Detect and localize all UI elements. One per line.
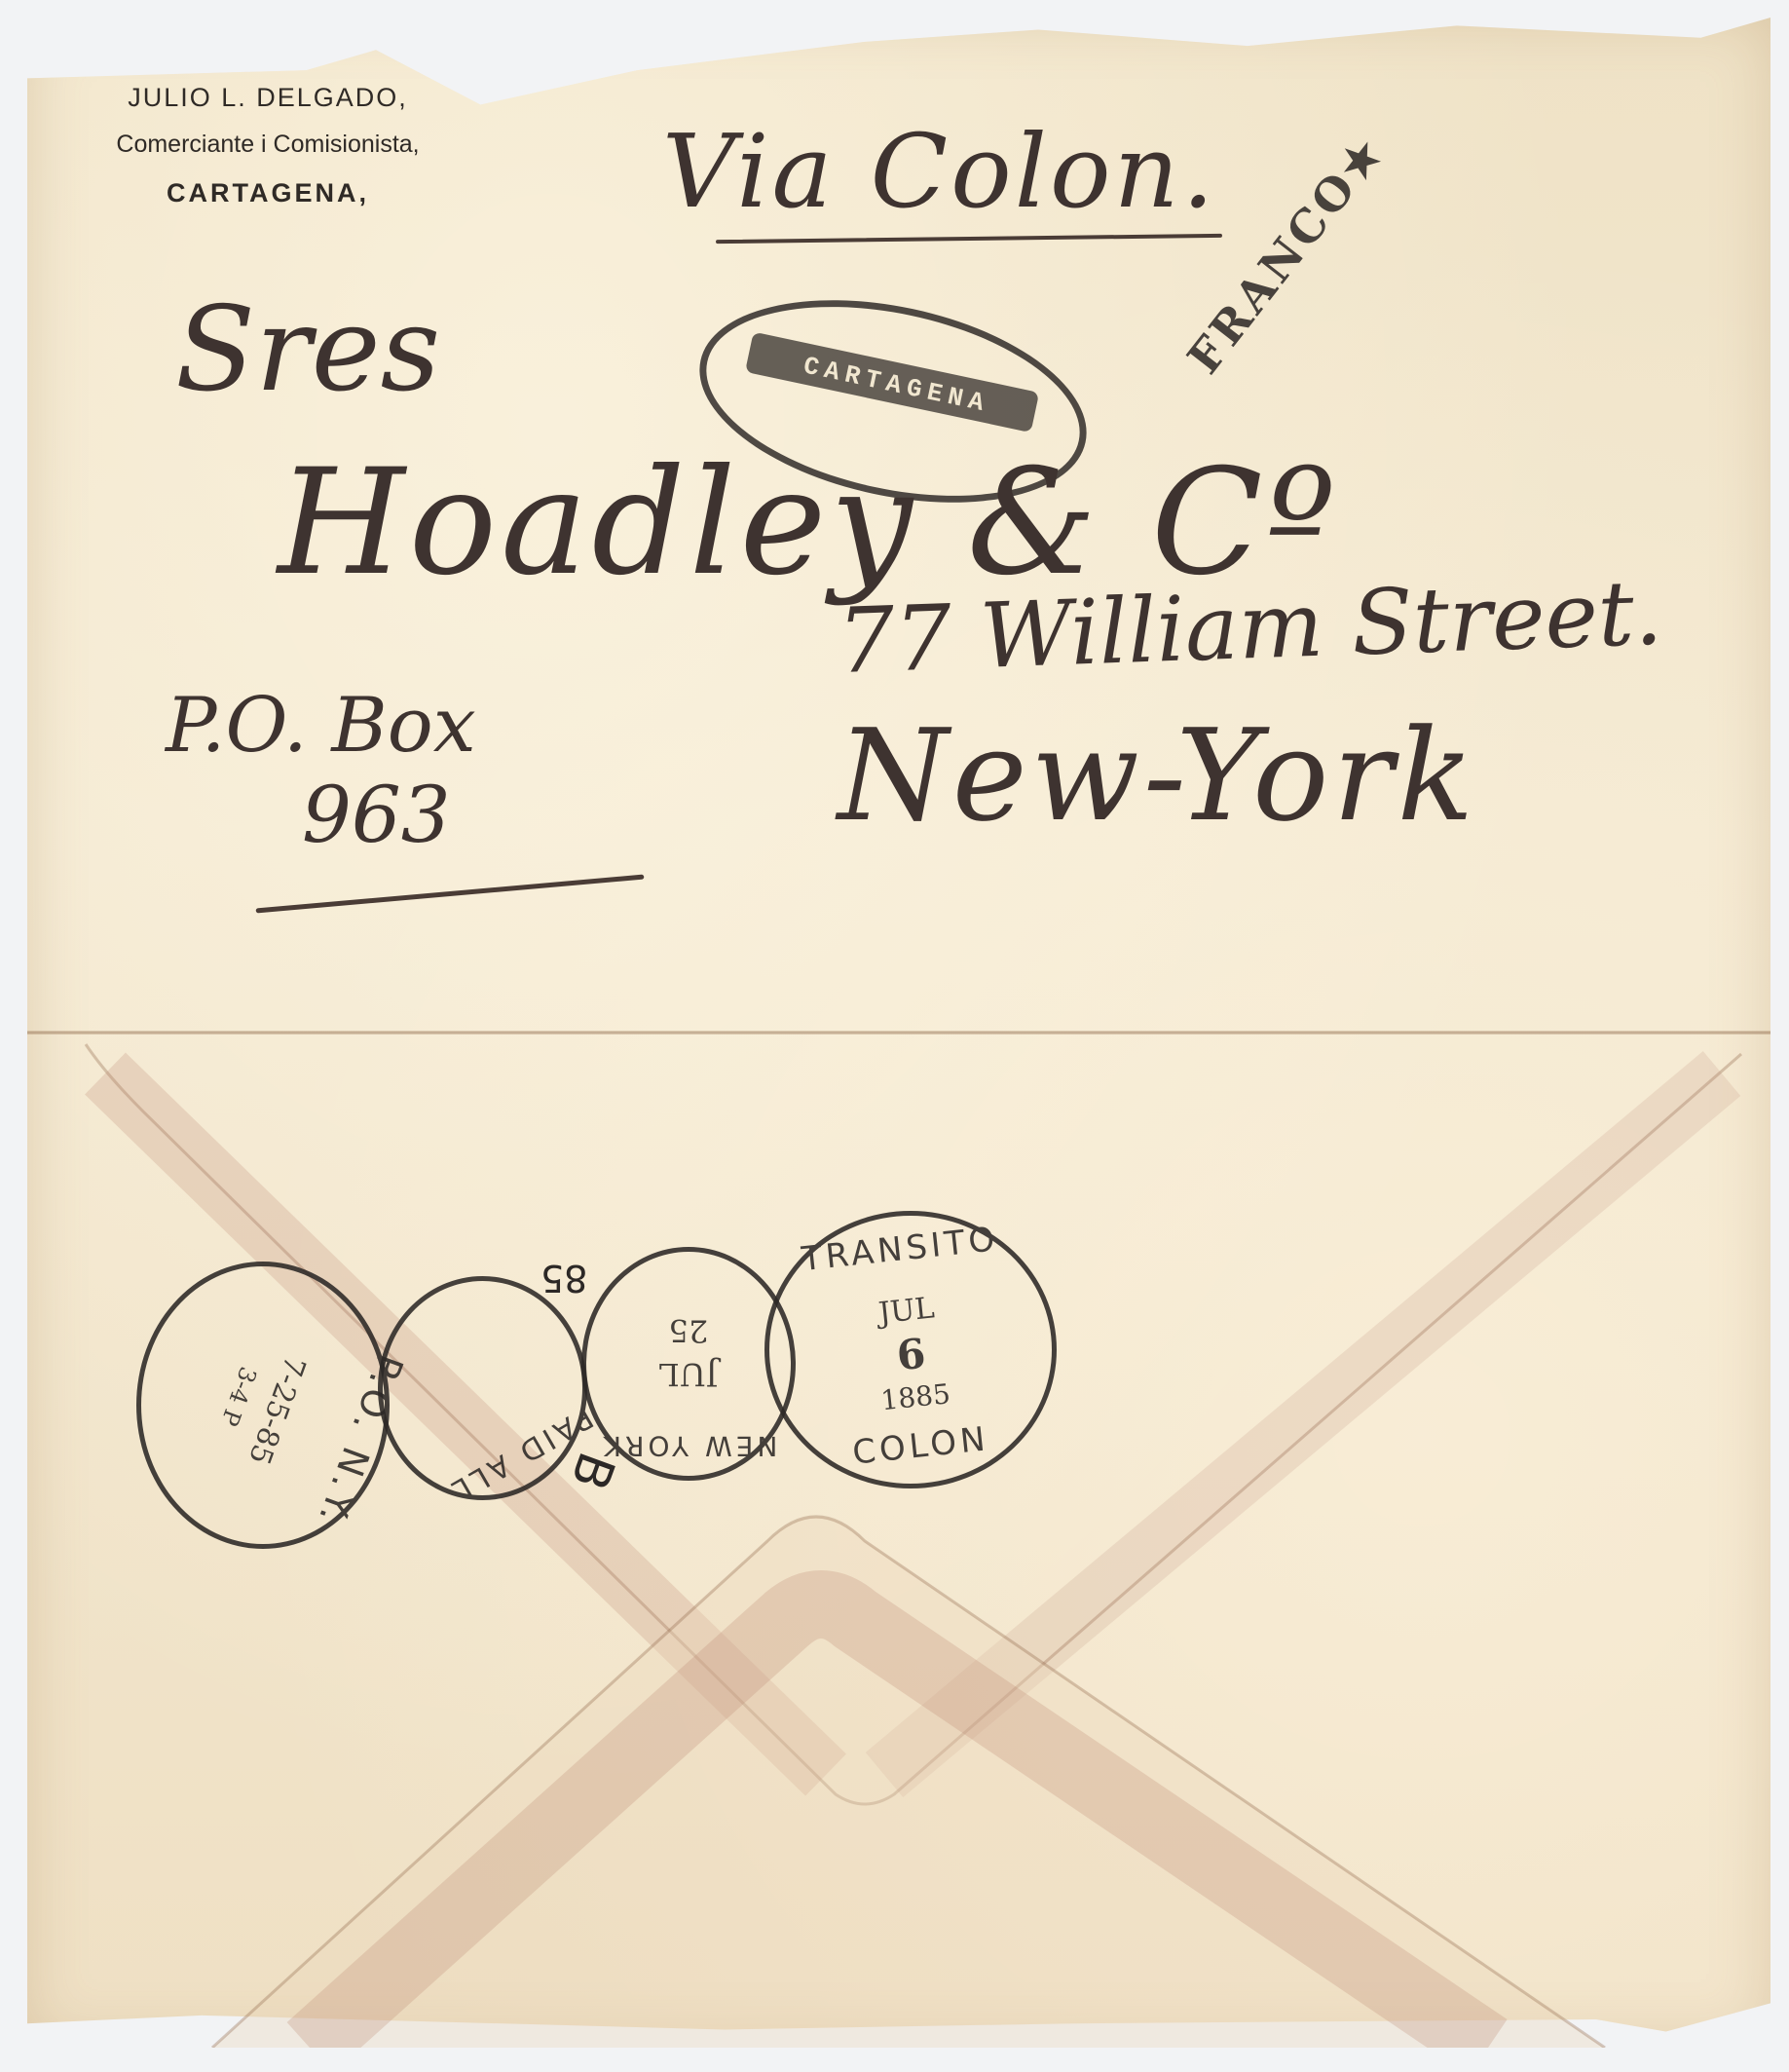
postmark-ny-top: NEW YORK — [586, 1430, 791, 1462]
postmark-ny-day: 25 — [586, 1312, 791, 1349]
address-city: New-York — [838, 701, 1477, 849]
sender-city: CARTAGENA, — [54, 178, 482, 208]
postmark-transito-colon: TRANSITO JUL 6 1885 COLON — [764, 1211, 1057, 1488]
routing-note: Via Colon. — [662, 112, 1217, 231]
letterhead: JULIO L. DELGADO, Comerciante i Comision… — [54, 83, 482, 208]
postmark-po-ny: P.O. N.Y. 7-25-85 3-4 P — [136, 1262, 390, 1549]
sender-trade: Comerciante i Comisionista, — [54, 131, 482, 159]
postmark-new-york: NEW YORK JUL 25 — [581, 1247, 796, 1481]
po-box-label: P.O. Box — [166, 682, 476, 770]
postmark-ny-month: JUL — [586, 1356, 791, 1393]
po-box-number: 963 — [302, 770, 451, 860]
sender-name: JULIO L. DELGADO, — [54, 83, 482, 113]
postmark-ny-year: 85 — [540, 1257, 587, 1300]
address-salutation: Sres — [175, 283, 440, 418]
